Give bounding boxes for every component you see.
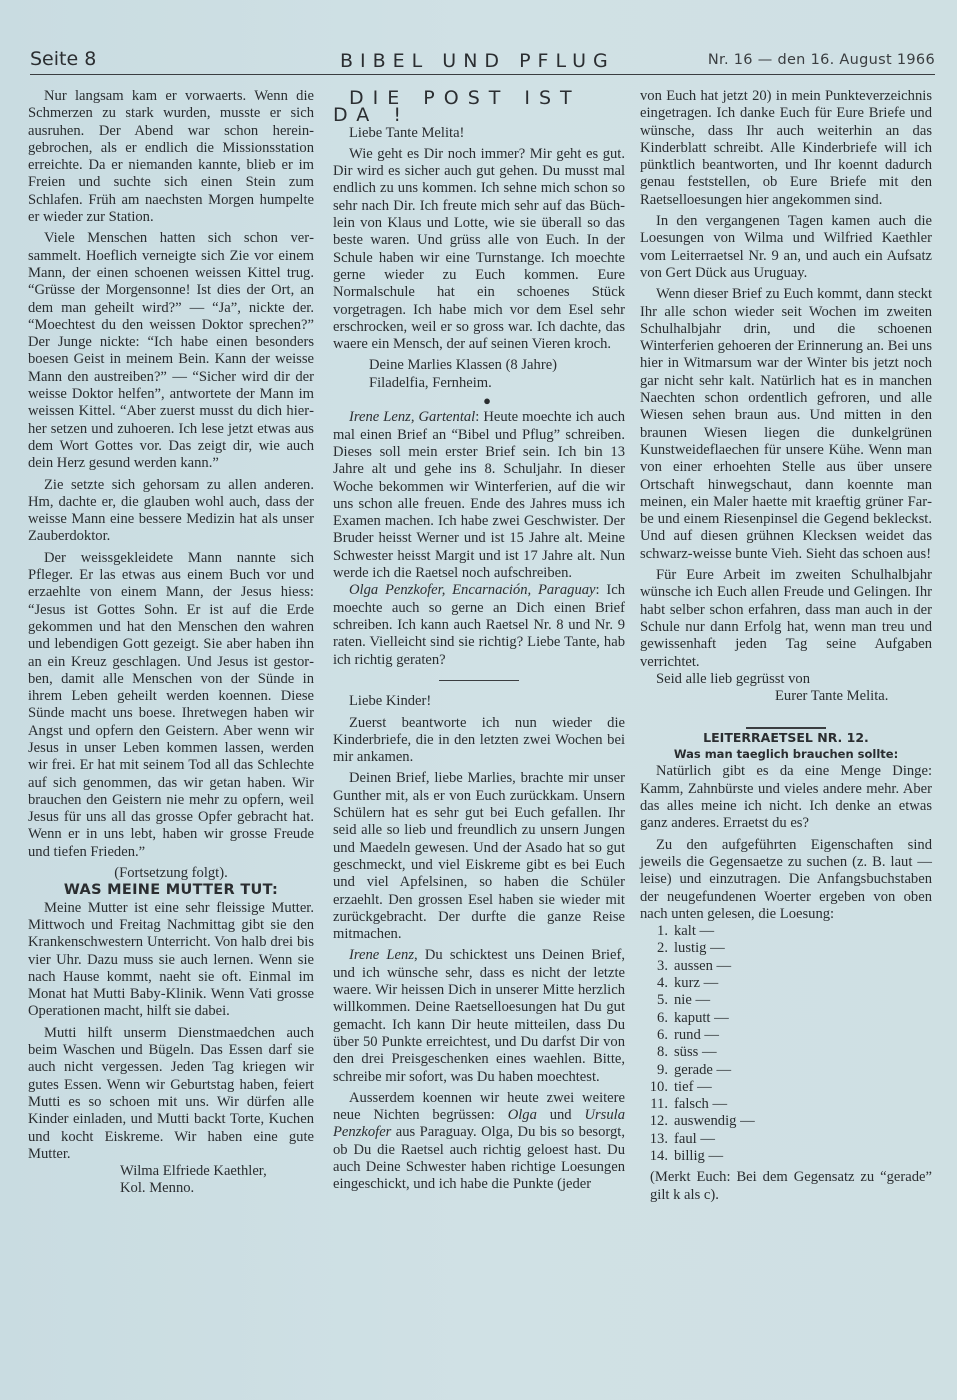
puzzle-item-word: aussen — [674, 958, 731, 975]
reply-signature: Eurer Tante Melita. [640, 688, 932, 705]
puzzle-item: 10.tief — [640, 1079, 932, 1096]
issue-date: Nr. 16 — den 16. August 1966 [708, 52, 935, 68]
letter-signature-name: Deine Marlies Klassen (8 Jahre) [333, 357, 625, 374]
reply-salutation: Liebe Kinder! [333, 693, 625, 710]
reply-continuation: von Euch hat jetzt 20) in mein Punkte­ve… [640, 88, 932, 209]
puzzle-item-word: billig — [674, 1148, 723, 1165]
puzzle-item-word: kaputt — [674, 1010, 729, 1027]
story-paragraph: Der weissgekleidete Mann nannte sich Pfl… [28, 550, 314, 861]
continuation-note: (Fortsetzung folgt). [28, 865, 314, 882]
letter-salutation: Liebe Tante Melita! [333, 125, 625, 142]
puzzle-list: 1.kalt —2.lustig —3.aussen —4.kurz —5.ni… [640, 923, 932, 1165]
column-post: DIE POST IST DA ! Liebe Tante Melita! Wi… [333, 90, 625, 1194]
page-header: Seite 8 BIBEL UND PFLUG Nr. 16 — den 16.… [30, 46, 935, 75]
puzzle-item: 12.auswendig — [640, 1113, 932, 1130]
reply-paragraph: Wenn dieser Brief zu Euch kommt, dann st… [640, 286, 932, 563]
puzzle-item-number: 10. [640, 1079, 668, 1096]
puzzle-item-word: kalt — [674, 923, 714, 940]
puzzle-item: 11.falsch — [640, 1096, 932, 1113]
page-number: Seite 8 [30, 48, 96, 70]
puzzle-item-word: süss — [674, 1044, 717, 1061]
reply-paragraph: In den vergangenen Tagen kamen auch die … [640, 213, 932, 282]
puzzle-item-word: gerade — [674, 1062, 731, 1079]
mutter-signature-place: Kol. Menno. [28, 1180, 314, 1197]
reply-name: Olga [508, 1107, 537, 1123]
puzzle-item-word: auswendig — [674, 1113, 755, 1130]
puzzle-item-number: 6. [640, 1027, 668, 1044]
puzzle-item-number: 2. [640, 940, 668, 957]
divider-rule [439, 680, 519, 682]
puzzle-item: 3.aussen — [640, 958, 932, 975]
puzzle-item: 6.kaputt — [640, 1010, 932, 1027]
puzzle-item-word: nie — [674, 992, 710, 1009]
mutter-heading: WAS MEINE MUTTER TUT: [28, 882, 314, 899]
puzzle-title: LEITERRAETSEL NR. 12. [640, 729, 932, 746]
puzzle-item-word: faul — [674, 1131, 715, 1148]
letter-olga: Olga Penzkofer, Encarnación, Para­guay: … [333, 582, 625, 668]
story-paragraph: Nur langsam kam er vorwaerts. Wenn die S… [28, 88, 314, 226]
reply-text: und [537, 1107, 585, 1123]
newspaper-page: Seite 8 BIBEL UND PFLUG Nr. 16 — den 16.… [0, 0, 957, 1400]
section-title: DIE POST IST DA ! [333, 90, 625, 125]
puzzle-item-word: lustig — [674, 940, 725, 957]
mutter-signature-name: Wilma Elfriede Kaethler, [28, 1163, 314, 1180]
reply-closing: Seid alle lieb gegrüsst von [640, 671, 932, 688]
puzzle-item-word: tief — [674, 1079, 712, 1096]
puzzle-item-number: 8. [640, 1044, 668, 1061]
letter-author: Olga Penzkofer, Encarnación, Para­guay [349, 582, 596, 598]
puzzle-note: (Merkt Euch: Bei dem Gegensatz zu “gerad… [640, 1169, 932, 1204]
puzzle-item-number: 14. [640, 1148, 668, 1165]
letter-body: Wie geht es Dir noch immer? Mir geht es … [333, 146, 625, 354]
puzzle-item: 6.rund — [640, 1027, 932, 1044]
reply-paragraph: Zuerst beantworte ich nun wieder die Kin… [333, 715, 625, 767]
puzzle-item-word: kurz — [674, 975, 718, 992]
letter-irene: Irene Lenz, Gartental: Heute moech­te ic… [333, 409, 625, 582]
puzzle-item-number: 3. [640, 958, 668, 975]
puzzle-item-number: 1. [640, 923, 668, 940]
puzzle-subtitle: Was man taeglich brauchen sollte: [640, 746, 932, 763]
column-reply-puzzle: von Euch hat jetzt 20) in mein Punkte­ve… [640, 88, 932, 1204]
mutter-paragraph: Mutti hilft unserm Dienstmaedchen auch b… [28, 1025, 314, 1163]
reply-paragraph: Irene Lenz, Du schicktest uns Deinen Bri… [333, 947, 625, 1085]
puzzle-item-number: 12. [640, 1113, 668, 1130]
reply-text: , Du schicktest uns Deinen Brief, und ic… [333, 947, 625, 1084]
puzzle-instructions: Zu den aufgeführten Eigenschaften sind j… [640, 837, 932, 923]
puzzle-item: 4.kurz — [640, 975, 932, 992]
story-paragraph: Viele Menschen hatten sich schon ver­sam… [28, 230, 314, 472]
letter-signature-place: Filadelfia, Fernheim. [333, 375, 625, 392]
reply-paragraph: Deinen Brief, liebe Marlies, brachte mir… [333, 770, 625, 943]
masthead-title: BIBEL UND PFLUG [340, 50, 615, 72]
puzzle-item-word: rund — [674, 1027, 719, 1044]
puzzle-item-number: 13. [640, 1131, 668, 1148]
story-paragraph: Zie setzte sich gehorsam zu allen ande­r… [28, 477, 314, 546]
letter-author: Irene Lenz, Gartental [349, 409, 475, 425]
puzzle-item: 9.gerade — [640, 1062, 932, 1079]
puzzle-item-number: 5. [640, 992, 668, 1009]
reply-paragraph: Für Eure Arbeit im zweiten Schulhalb­jah… [640, 567, 932, 671]
puzzle-item-word: falsch — [674, 1096, 727, 1113]
letter-text: : Heute moech­te ich auch mal einen Brie… [333, 409, 625, 581]
reply-name: Irene Lenz [349, 947, 414, 963]
puzzle-item: 2.lustig — [640, 940, 932, 957]
puzzle-intro: Natürlich gibt es da eine Menge Dinge: K… [640, 763, 932, 832]
puzzle-item: 14.billig — [640, 1148, 932, 1165]
separator-dot: ● [333, 392, 625, 409]
puzzle-item-number: 9. [640, 1062, 668, 1079]
mutter-paragraph: Meine Mutter ist eine sehr fleissige Mut… [28, 900, 314, 1021]
reply-paragraph: Ausserdem koennen wir heute zwei weitere… [333, 1090, 625, 1194]
puzzle-item-number: 11. [640, 1096, 668, 1113]
puzzle-item: 5.nie — [640, 992, 932, 1009]
puzzle-item-number: 6. [640, 1010, 668, 1027]
puzzle-item: 1.kalt — [640, 923, 932, 940]
puzzle-item: 8.süss — [640, 1044, 932, 1061]
puzzle-item: 13.faul — [640, 1131, 932, 1148]
column-story: Nur langsam kam er vorwaerts. Wenn die S… [28, 88, 314, 1198]
puzzle-item-number: 4. [640, 975, 668, 992]
